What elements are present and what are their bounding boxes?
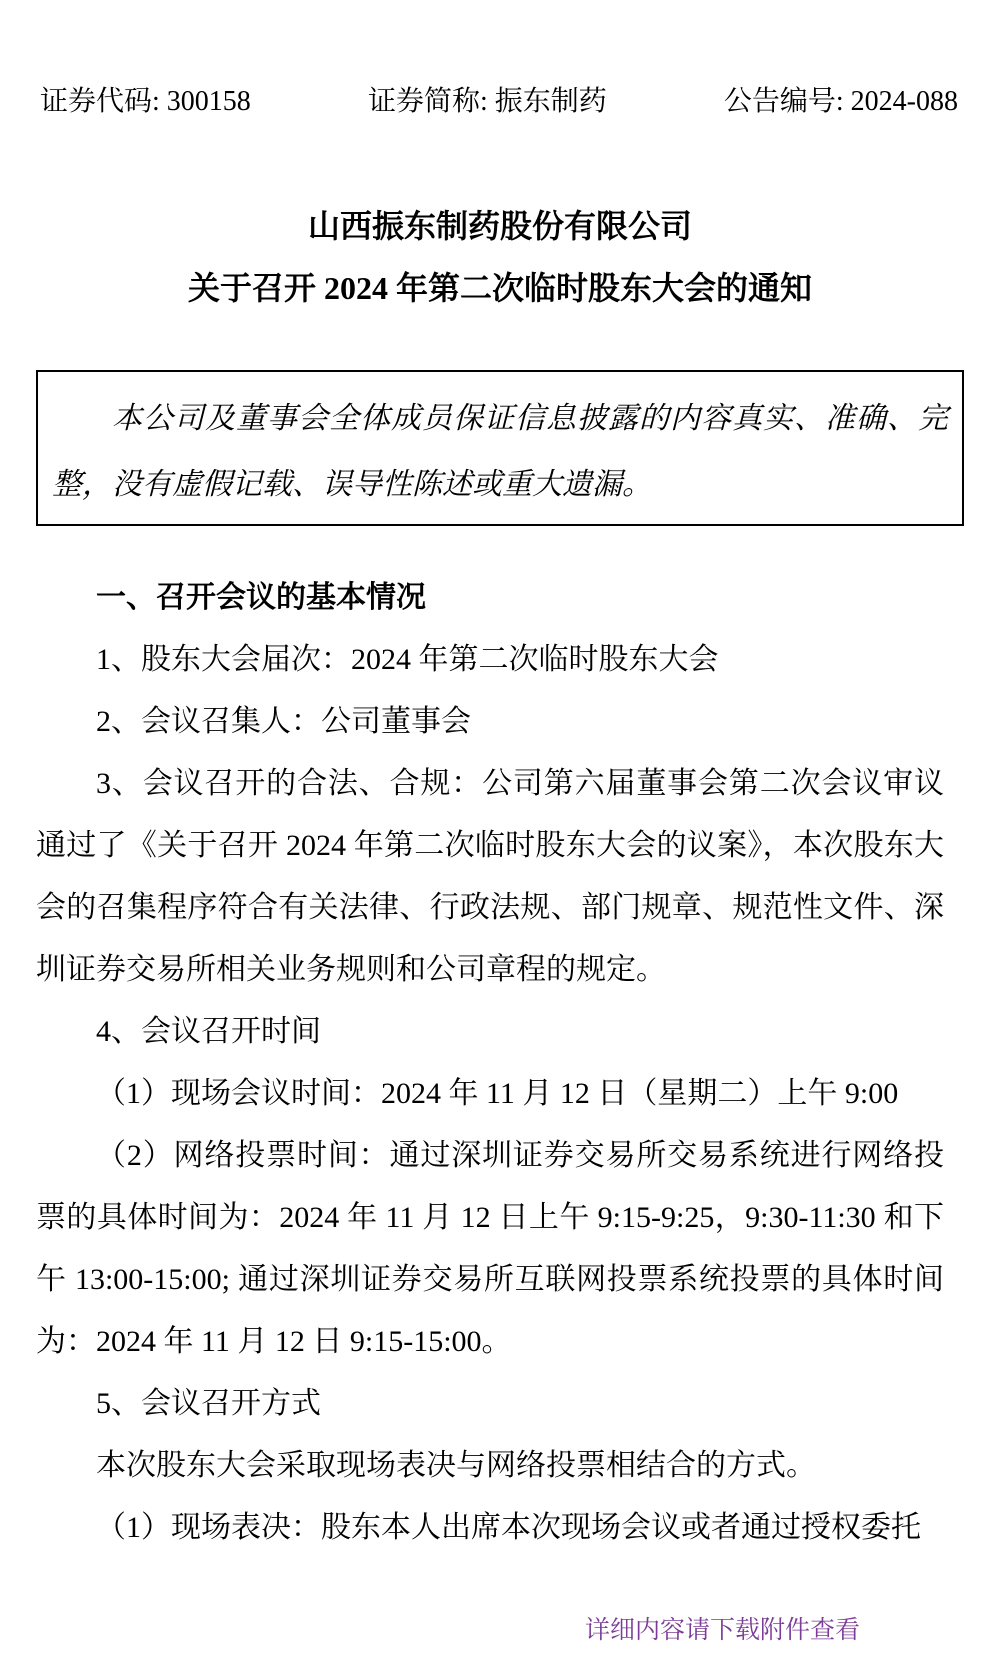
document-page: 证券代码: 300158 证券简称: 振东制药 公告编号: 2024-088 山…: [0, 0, 1000, 1675]
disclaimer-text: 本公司及董事会全体成员保证信息披露的内容真实、准确、完整，没有虚假记载、误导性陈…: [52, 386, 948, 518]
download-attachment-link[interactable]: 详细内容请下载附件查看: [585, 1613, 860, 1647]
announcement-header: 证券代码: 300158 证券简称: 振东制药 公告编号: 2024-088: [40, 84, 958, 120]
section-heading: 一、召开会议的基本情况: [36, 567, 944, 629]
notice-title: 关于召开 2024 年第二次临时股东大会的通知: [0, 257, 1000, 319]
paragraph: 5、会议召开方式: [36, 1373, 944, 1435]
paragraph: （2）网络投票时间：通过深圳证券交易所交易系统进行网络投票的具体时间为：2024…: [36, 1125, 944, 1373]
document-body: 一、召开会议的基本情况 1、股东大会届次：2024 年第二次临时股东大会2、会议…: [36, 567, 944, 1559]
announcement-number-label: 公告编号: 2024-088: [724, 84, 958, 120]
document-title-block: 山西振东制药股份有限公司 关于召开 2024 年第二次临时股东大会的通知: [0, 195, 1000, 319]
document-paragraphs: 1、股东大会届次：2024 年第二次临时股东大会2、会议召集人：公司董事会3、会…: [36, 629, 944, 1559]
stock-name-label: 证券简称: 振东制药: [368, 84, 607, 120]
paragraph: （1）现场会议时间：2024 年 11 月 12 日（星期二）上午 9:00: [36, 1063, 944, 1125]
paragraph: 本次股东大会采取现场表决与网络投票相结合的方式。: [36, 1435, 944, 1497]
paragraph: 1、股东大会届次：2024 年第二次临时股东大会: [36, 629, 944, 691]
stock-code-label: 证券代码: 300158: [40, 84, 251, 120]
paragraph: （1）现场表决：股东本人出席本次现场会议或者通过授权委托: [36, 1497, 944, 1559]
paragraph: 3、会议召开的合法、合规：公司第六届董事会第二次会议审议通过了《关于召开 202…: [36, 753, 944, 1001]
paragraph: 2、会议召集人：公司董事会: [36, 691, 944, 753]
company-title: 山西振东制药股份有限公司: [0, 195, 1000, 257]
disclaimer-box: 本公司及董事会全体成员保证信息披露的内容真实、准确、完整，没有虚假记载、误导性陈…: [36, 370, 964, 526]
paragraph: 4、会议召开时间: [36, 1001, 944, 1063]
